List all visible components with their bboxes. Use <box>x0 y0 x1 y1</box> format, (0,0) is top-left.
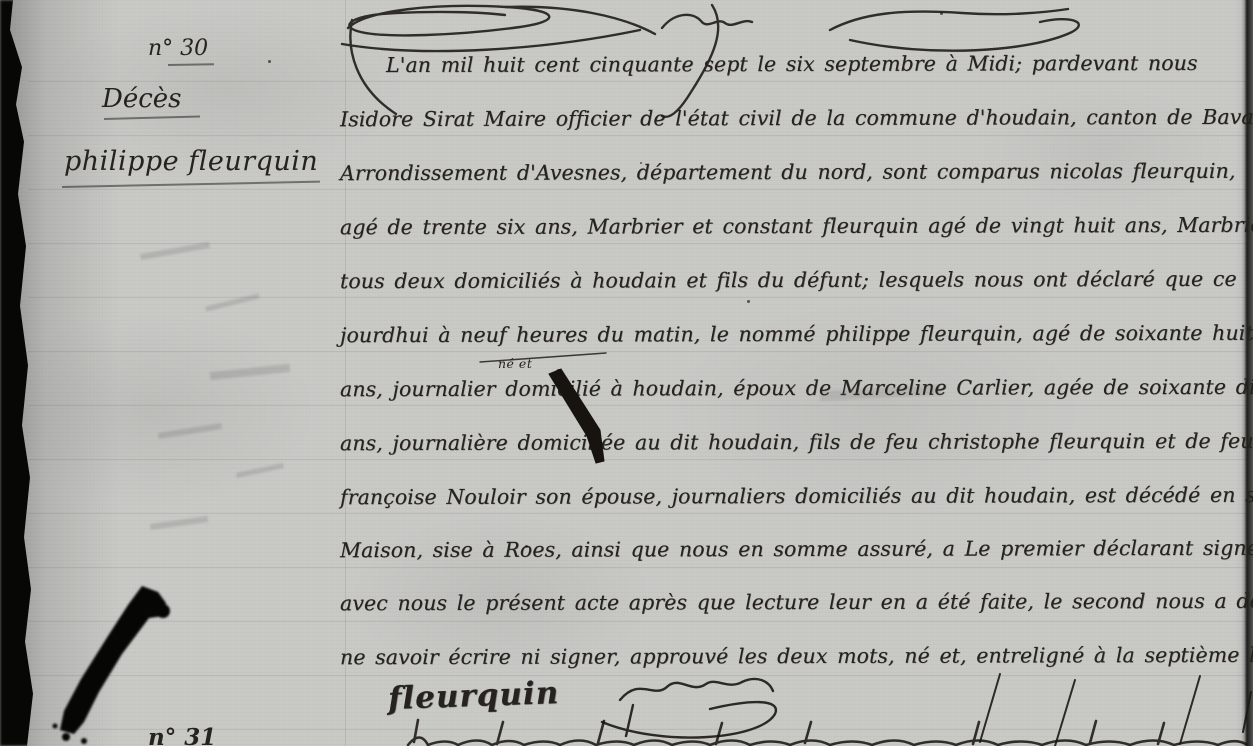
record-line: Maison, sise à Roes, ainsi que nous en s… <box>340 536 1253 562</box>
interline-correction: né et <box>498 356 532 371</box>
record-line: ne savoir écrire ni signer, approuvé les… <box>340 643 1253 670</box>
next-act-number: n° 31 <box>148 724 216 746</box>
record-line: françoise Nouloir son épouse, journalier… <box>340 483 1253 509</box>
record-line: Arrondissement d'Avesnes, département du… <box>340 159 1236 185</box>
ink-speck <box>940 12 943 15</box>
record-line: ans, journalière domiciliée au dit houda… <box>340 429 1253 455</box>
record-line: ans, journalier domicilié à houdain, épo… <box>340 375 1253 401</box>
record-line: Isidore Sirat Maire officier de l'état c… <box>340 105 1253 131</box>
ink-speck <box>747 300 750 303</box>
record-line: jourdhui à neuf heures du matin, le nomm… <box>340 321 1253 347</box>
ink-speck <box>640 162 642 164</box>
record-line: L'an mil huit cent cinquante sept le six… <box>386 51 1198 77</box>
record-line: avec nous le présent acte après que lect… <box>340 589 1253 616</box>
record-line: tous deux domiciliés à houdain et fils d… <box>340 267 1237 293</box>
record-line: agé de trente six ans, Marbrier et const… <box>340 213 1253 239</box>
ink-speck <box>268 60 271 63</box>
declarant-signature: fleurquin <box>387 675 559 717</box>
ink-speck <box>525 545 528 548</box>
scanned-register-page: n° 30 Décès philippe fleurquin L'an mil … <box>0 0 1253 746</box>
